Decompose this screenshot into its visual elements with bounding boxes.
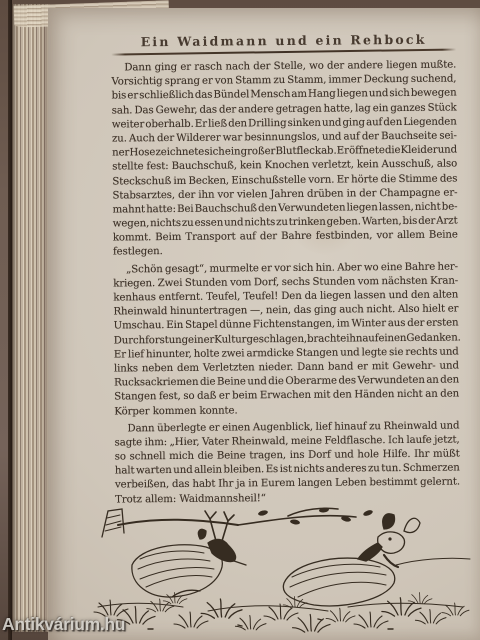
- paragraph: „Schöngesagt“,murmelteervorsichhin.Aberw…: [113, 261, 459, 420]
- running-header: Ein Waidmann und ein Rehbock: [111, 32, 456, 50]
- text-line: festlegen.: [113, 244, 458, 261]
- ground-sketch: [94, 558, 470, 632]
- text-line: Körperkommenkonnte.: [114, 403, 459, 420]
- paragraph: DanngingerraschnachderStelle,woderandere…: [111, 60, 458, 262]
- roe-deer-illustration: [88, 503, 476, 637]
- page-content: Ein Waidmann und ein Rehbock Danngingerr…: [111, 7, 460, 509]
- page-edges-stack: [12, 4, 50, 632]
- header-rule: [111, 48, 456, 55]
- scanned-book-photo: Ein Waidmann und ein Rehbock Danngingerr…: [0, 0, 480, 640]
- stump-and-branch-sketch: [102, 507, 374, 537]
- roe-doe-sketch: [283, 514, 420, 606]
- antikvarium-watermark: Antikvárium.hu: [2, 614, 125, 635]
- book-page: Ein Waidmann und ein Rehbock Danngingerr…: [48, 8, 480, 640]
- paragraph: DannüberlegteereinenAugenblick,liefhinau…: [114, 420, 460, 508]
- body-text: DanngingerraschnachderStelle,woderandere…: [111, 60, 460, 509]
